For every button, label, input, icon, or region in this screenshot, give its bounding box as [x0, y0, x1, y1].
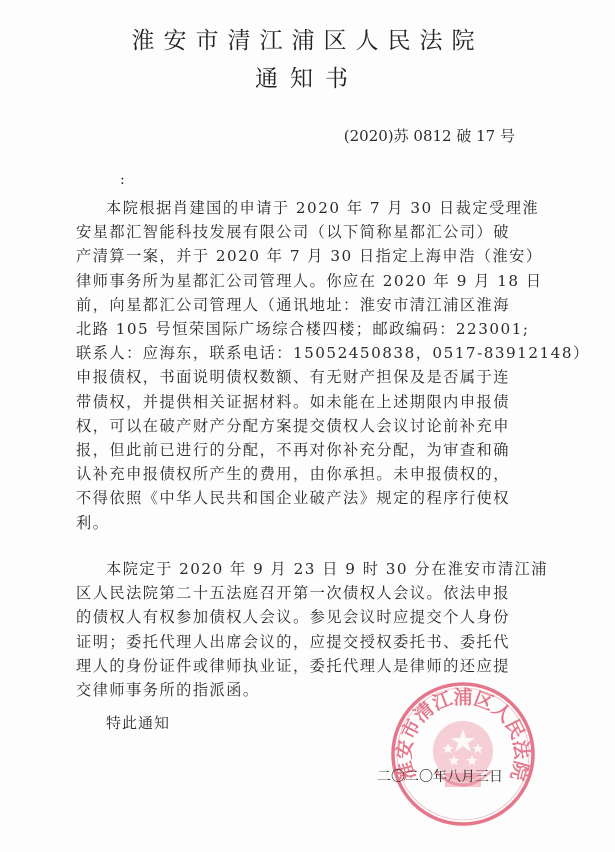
- paragraph-line: 认补充申报债权所产生的费用，由你承担。未申报债权的，: [76, 462, 536, 486]
- issue-date: 二〇二〇年八月三日: [377, 766, 503, 786]
- notice-document: 淮安市清江浦区人民法院 通知书 (2020)苏 0812 破 17 号 : 本院…: [0, 0, 615, 852]
- paragraph-line: 本院根据肖建国的申请于 2020 年 7 月 30 日裁定受理淮: [76, 196, 536, 220]
- paragraph-line: 产清算一案，并于 2020 年 7 月 30 日指定上海申浩（淮安）: [76, 244, 536, 268]
- paragraph-line: 本院定于 2020 年 9 月 23 日 9 时 30 分在淮安市清江浦: [76, 557, 536, 581]
- paragraph-bankruptcy-claims: 本院根据肖建国的申请于 2020 年 7 月 30 日裁定受理淮 安星都汇智能科…: [76, 196, 536, 535]
- paragraph-line: 的债权人有权参加债权人会议。参见会议时应提交个人身份: [76, 605, 536, 629]
- document-number: (2020)苏 0812 破 17 号: [344, 125, 515, 146]
- paragraph-line: 报，但此前已进行的分配，不再对你补充分配，为审查和确: [76, 438, 536, 462]
- paragraph-line: 权，可以在破产财产分配方案提交债权人会议讨论前补充申: [76, 414, 536, 438]
- paragraph-line: 北路 105 号恒荣国际广场综合楼四楼；邮政编码：223001;: [76, 317, 536, 341]
- document-type-title: 通知书: [0, 60, 615, 93]
- paragraph-line: 证明；委托代理人出席会议的，应提交授权委托书、委托代: [76, 630, 536, 654]
- paragraph-line: 区人民法院第二十五法庭召开第一次债权人会议。依法申报: [76, 581, 536, 605]
- paragraph-line: 律师事务所为星都汇公司管理人。你应在 2020 年 9 月 18 日: [76, 269, 536, 293]
- court-name-title: 淮安市清江浦区人民法院: [0, 22, 615, 55]
- paragraph-line: 理人的身份证件或律师执业证，委托代理人是律师的还应提: [76, 654, 536, 678]
- closing-remark: 特此通知: [106, 712, 170, 733]
- paragraph-line: 前，向星都汇公司管理人（通讯地址：淮安市清江浦区淮海: [76, 293, 536, 317]
- seal-emblem-icon: 淮安市清江浦区人民法院: [390, 681, 536, 827]
- paragraph-line: 带债权，并提供相关证据材料。如未能在上述期限内申报债: [76, 390, 536, 414]
- paragraph-line: 安星都汇智能科技发展有限公司（以下简称星都汇公司）破: [76, 220, 536, 244]
- court-seal-stamp: 淮安市清江浦区人民法院: [390, 681, 536, 827]
- paragraph-line: 联系人：应海东，联系电话：15052450838，0517-83912148）: [76, 341, 536, 365]
- addressee-colon: :: [120, 172, 125, 188]
- paragraph-line: 利。: [76, 511, 536, 535]
- paragraph-line: 不得依照《中华人民共和国企业破产法》规定的程序行使权: [76, 486, 536, 510]
- paragraph-line: 申报债权，书面说明债权数额、有无财产担保及是否属于连: [76, 365, 536, 389]
